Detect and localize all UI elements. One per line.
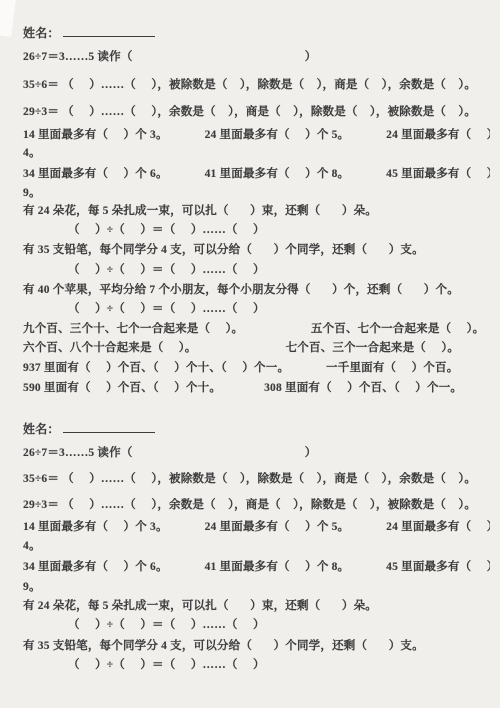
wrap-remainder-9: 9。 (23, 184, 490, 200)
problem-division-29-3: 29÷3＝ （ ）……（ ），余数是（ ），商是（ ），除数是（ ），被除数是（… (23, 103, 490, 119)
problem-groups-34-41-45: 34 里面最多有（ ）个 6。 41 里面最多有（ ）个 8。 45 里面最多有… (23, 558, 490, 574)
problem-flowers: 有 24 朵花，每 5 朵扎成一束，可以扎（ ）束，还剩（ ）朵。 (23, 202, 490, 218)
problem-read-aloud: 26÷7＝3……5 读作（ ） (23, 444, 490, 460)
equation-blank-pencils: （ ）÷（ ）＝（ ）……（ ） (68, 261, 490, 277)
wrap-remainder-4: 4。 (23, 144, 490, 160)
name-blank (63, 421, 155, 433)
problem-groups-34-41-45: 34 里面最多有（ ）个 6。 41 里面最多有（ ）个 8。 45 里面最多有… (23, 165, 490, 181)
wrap-remainder-4: 4。 (23, 537, 490, 553)
problem-apples: 有 40 个苹果，平均分给 7 个小朋友，每个小朋友分得（ ）个，还剩（ ）个。 (23, 281, 490, 297)
problem-read-aloud: 26÷7＝3……5 读作（ ） (23, 48, 490, 64)
equation-blank-pencils: （ ）÷（ ）＝（ ）……（ ） (68, 656, 490, 672)
equation-blank-apples: （ ）÷（ ）＝（ ）……（ ） (68, 300, 490, 316)
problem-place-value-937: 937 里面有（ ）个百、（ ）个十、（ ）个一。 一千里面有（ ）个百。 (23, 359, 490, 375)
name-label: 姓名： (23, 26, 60, 40)
problem-groups-14-24-24: 14 里面最多有（ ）个 3。 24 里面最多有（ ）个 5。 24 里面最多有… (23, 126, 490, 142)
name-label: 姓名： (23, 422, 60, 436)
problem-compose-hundreds-2: 六个百、八个十合起来是（ ）。 七个百、三个一合起来是（ ）。 (23, 339, 490, 355)
problem-pencils: 有 35 支铅笔，每个同学分 4 支，可以分给（ ）个同学，还剩（ ）支。 (23, 241, 490, 257)
problem-division-29-3: 29÷3＝ （ ）……（ ），余数是（ ），商是（ ），除数是（ ），被除数是（… (23, 496, 490, 512)
scan-corner-artifact (0, 0, 17, 37)
problem-compose-hundreds-1: 九个百、三个十、七个一合起来是（ ）。 五个百、七个一合起来是（ ）。 (23, 320, 490, 336)
problem-division-35-6: 35÷6＝ （ ）……（ ），被除数是（ ），除数是（ ），商是（ ），余数是（… (23, 470, 490, 486)
equation-blank-flowers: （ ）÷（ ）＝（ ）……（ ） (68, 221, 490, 237)
name-line: 姓名： (23, 24, 490, 41)
problem-groups-14-24-24: 14 里面最多有（ ）个 3。 24 里面最多有（ ）个 5。 24 里面最多有… (23, 518, 490, 534)
equation-blank-flowers: （ ）÷（ ）＝（ ）……（ ） (68, 616, 490, 632)
name-blank (63, 25, 155, 37)
worksheet-page: 姓名： 26÷7＝3……5 读作（ ） 35÷6＝ （ ）……（ ），被除数是（… (0, 0, 500, 708)
problem-place-value-590: 590 里面有（ ）个百、（ ）个十。 308 里面有（ ）个百、（ ）个一。 (23, 379, 490, 395)
name-line: 姓名： (23, 420, 490, 437)
problem-flowers: 有 24 朵花，每 5 朵扎成一束，可以扎（ ）束，还剩（ ）朵。 (23, 597, 490, 613)
problem-pencils: 有 35 支铅笔，每个同学分 4 支，可以分给（ ）个同学，还剩（ ）支。 (23, 637, 490, 653)
wrap-remainder-9: 9。 (23, 578, 490, 594)
problem-division-35-6: 35÷6＝ （ ）……（ ），被除数是（ ），除数是（ ），商是（ ），余数是（… (23, 76, 490, 92)
